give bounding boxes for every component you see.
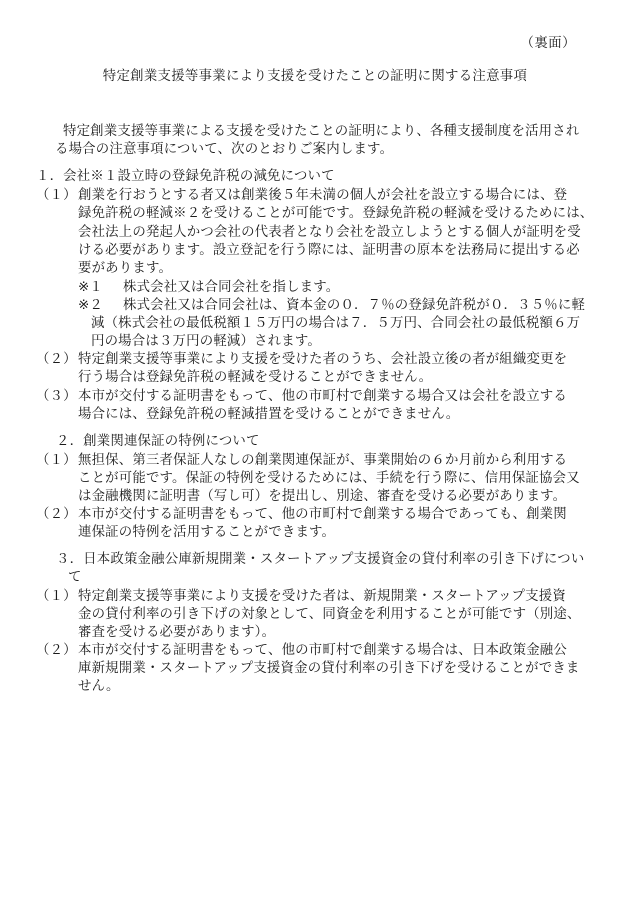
item-line: 行う場合は登録免許税の軽減を受けることができません。 <box>78 369 432 387</box>
section-heading: ２．創業関連保証の特例について <box>56 433 260 451</box>
section-heading: ３．日本政策金融公庫新規開業・スタートアップ支援資金の貸付利率の引き下げについ <box>56 551 584 569</box>
item-line: ける必要があります。設立登記を行う際には、証明書の原本を法務局に提出する必 <box>78 242 580 260</box>
item-line: は金融機関に証明書（写し可）を提出し、別途、審査を受ける必要があります。 <box>78 488 566 506</box>
document-page: （裏面） 特定創業支援等事業により支援を受けたことの証明に関する注意事項 特定創… <box>0 0 630 903</box>
item-line: 本市が交付する証明書をもって、他の市町村で創業する場合であっても、創業関 <box>78 506 567 524</box>
section-heading-continued: て <box>68 569 82 587</box>
section-heading: １．会社※１設立時の登録免許税の減免について <box>36 168 335 186</box>
item-line: 特定創業支援等事業により支援を受けた者は、新規開業・スタートアップ支援資 <box>78 588 566 606</box>
item-line: 創業を行おうとする者又は創業後５年未満の個人が会社を設立する場合には、登 <box>78 187 567 205</box>
item-label: （３） <box>36 388 77 406</box>
item-line: 審査を受ける必要があります）。 <box>78 624 275 642</box>
note-line: 円の場合は３万円の軽減）されます。 <box>91 333 321 351</box>
page-title: 特定創業支援等事業により支援を受けたことの証明に関する注意事項 <box>0 65 630 84</box>
item-line: ことが可能です。保証の特例を受けるためには、手続を行う際に、信用保証協会又 <box>78 470 580 488</box>
item-line: 本市が交付する証明書をもって、他の市町村で創業する場合は、日本政策金融公 <box>78 642 567 660</box>
note-line: 減（株式会社の最低税額１５万円の場合は７．５万円、合同会社の最低税額６万 <box>91 315 580 333</box>
note-mark: ※１ <box>78 279 103 297</box>
item-line: せん。 <box>78 678 120 696</box>
item-line: 録免許税の軽減※２を受けることが可能です。登録免許税の軽減を受けるためには、 <box>78 205 593 223</box>
item-line: 要があります。 <box>78 260 172 278</box>
item-label: （１） <box>36 588 77 606</box>
item-label: （２） <box>36 506 77 524</box>
item-line: 連保証の特例を活用することができます。 <box>78 524 335 542</box>
intro-line: る場合の注意事項について、次のとおりご案内します。 <box>55 141 393 159</box>
side-label: （裏面） <box>520 32 576 51</box>
item-label: （２） <box>36 642 77 660</box>
item-label: （１） <box>36 452 77 470</box>
note-mark: ※２ <box>78 297 103 315</box>
item-line: 本市が交付する証明書をもって、他の市町村で創業する場合又は会社を設立する <box>78 388 567 406</box>
item-label: （２） <box>36 351 77 369</box>
intro-line: 特定創業支援等事業による支援を受けたことの証明により、各種支援制度を活用され <box>63 123 579 141</box>
item-line: 特定創業支援等事業により支援を受けた者のうち、会社設立後の者が組織変更を <box>78 351 567 369</box>
item-line: 無担保、第三者保証人なしの創業関連保証が、事業開始の６か月前から利用する <box>78 452 567 470</box>
note-line: 株式会社又は合同会社を指します。 <box>123 279 339 297</box>
item-label: （１） <box>36 187 77 205</box>
note-line: 株式会社又は合同会社は、資本金の０．７％の登録免許税が０．３５％に軽 <box>123 297 585 315</box>
item-line: 会社法上の発起人かつ会社の代表者となり会社を設立しようとする個人が証明を受 <box>78 224 581 242</box>
item-line: 金の貸付利率の引き下げの対象として、同資金を利用することが可能です（別途、 <box>78 606 581 624</box>
item-line: 場合には、登録免許税の軽減措置を受けることができません。 <box>78 406 459 424</box>
item-line: 庫新規開業・スタートアップ支援資金の貸付利率の引き下げを受けることができま <box>78 660 580 678</box>
